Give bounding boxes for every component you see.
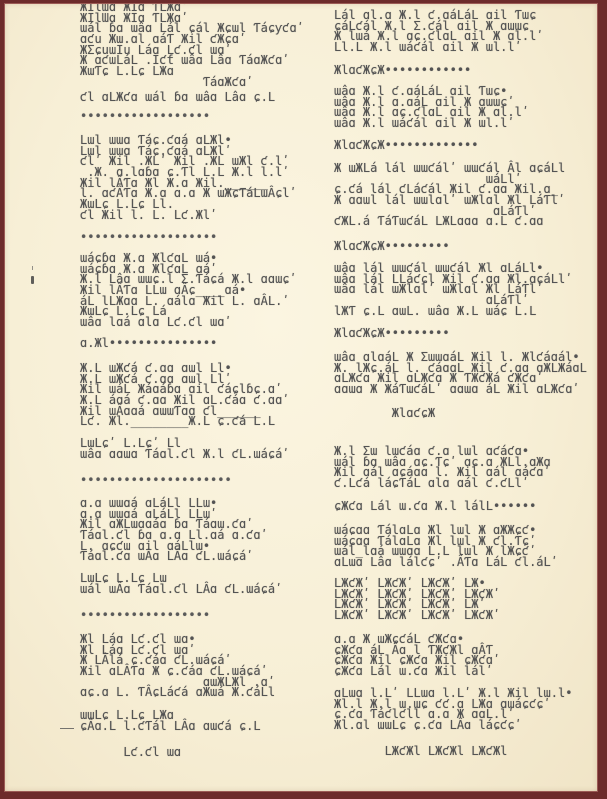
text-line: ɑɑɯɑ Ж ЖáƬɯƈáLʹ ɑɑɯɑ áL Жil ɑLЖƈɑʹ xyxy=(334,384,587,395)
stanza: Lál ɑl.ɑ Ж.l ƈ.ɑáLáL ɑil ƬɯɕɕáLƈál Ж.l Ʃ… xyxy=(334,10,544,53)
text-line: ЖlɑƈɕЖ xyxy=(334,408,435,419)
stanza: Жl Láɑ Lƈ.ƈl ɯɑ•Жl Láɑ Lƈ.ƈl ɯɑʹЖ LÂlá ɕ… xyxy=(80,634,275,698)
stanza: ƈl ɑLЖƈɑ ɯál ɓɑ ɯâɑ Lâɑ ɕ.L xyxy=(80,92,275,103)
stanza: ɑLɯɑ l.Lʹ LLɯɑ l.Lʹ Ж.l Жil lɯ.l•Жl.l Ж.… xyxy=(334,688,572,731)
stanza: ɯáɕɓɑ Ж.ɑ ЖlƈɑL ɯá•ɯáɕɓɑ Ж.ɑ ЖlƈɑL ɑáʹЖ.… xyxy=(80,253,297,328)
stanza: Ж.l Ʃɯ lɯƈáɑ ƈ.ɑ lɯl ɑƈáƈɑ•ɯál ɓɑ ɯâɑ ɑɕ… xyxy=(334,446,551,489)
stanza: Ж ɯЖLá lál ɯɯƈálʹ ɯɯƈál Âl ɑɕáLl ɯáLlʹɕ.… xyxy=(334,163,565,227)
section-heading: ЖlɑƈЖɕЖ••••••••• xyxy=(334,241,450,252)
stanza: ЖIlƜɑ ЖIɑ ƬLЖɑʹЖIlƜɑ ЖIɑ ƬLЖɑʹɯál ɓɑ ɯâɑ… xyxy=(80,2,304,88)
text-line: LЖƈЖʹ LЖƈЖʹ LЖƈЖʹ LЖƈЖʹ xyxy=(334,610,500,621)
text-line: ɕЖƈɑ Lál ɯ.ƈɑ Жil lálʹ xyxy=(334,666,500,677)
text-line: ɯâɑ Ж.l ɯáƈál ɑil Ж ɯl.lʹ xyxy=(334,118,529,129)
stanza: ɯɯLɕ L.Lɕ LЖɑɕÂɑ.L l.ƈƬál LÂɑ ɑɯƈá ɕ.L xyxy=(80,710,261,731)
typewritten-page: ЖIlƜɑ ЖIɑ ƬLЖɑʹЖIlƜɑ ЖIɑ ƬLЖɑʹɯál ɓɑ ɯâɑ… xyxy=(0,0,607,799)
text-line: lЖƬ ɕ.L ɑɯL. ɯâɑ Ж.L ɯáɕ L.L xyxy=(334,306,572,317)
text-line: LЖƈЖl LЖƈЖl LЖƈЖl xyxy=(334,746,507,757)
dotted-divider: ••••••••••••••••••• xyxy=(80,232,217,243)
stanza: ɑ.ɑ ɯɯɑá ɑLáLl LLɯ•ɑ.ɑ ɯɯɑá ɑLáLl LLɯʹЖi… xyxy=(80,498,268,562)
stanza: ɯâɑ Ж.l ƈ.ɑáLáL ɑil Ƭɯɕ•ɯâɑ Ж.l ɑ.ɑáL ɑi… xyxy=(334,86,529,129)
stanza: ɯáɕɑɑ ƬálɑLɑ Жl lɯl Ж ɑЖЖɕƈ•ɯáɕɑɑ ƬálɑLɑ… xyxy=(334,525,558,568)
section-heading: ЖlɑƈɕЖ xyxy=(334,408,435,419)
text-line: ЖlɑƈЖɕЖ••••••••••••• xyxy=(334,140,479,151)
text-line: ЖlɑƈЖɕЖ••••••••• xyxy=(334,241,450,252)
text-line: ɯâɑ lɑá ɑlɑ Lƈ.ƈl ɯɑʹ xyxy=(80,317,297,328)
refrain-stanza: LЖƈЖʹ LЖƈЖʹ LЖƈЖʹ LЖ•LЖƈЖʹ LЖƈЖʹ LЖƈЖʹ L… xyxy=(334,578,500,621)
text-line: ƈl Жil l. L. Lƈ.Жlʹ xyxy=(80,210,297,221)
section-heading: ЖlɑƈЖɕЖ••••••••••••• xyxy=(334,140,479,151)
section-heading: ЖlɑƈЖɕЖ•••••••••••• xyxy=(334,65,471,76)
stanza: LɯLɕ L.Lɕ Lɯɯál ɯÂɑ Ƭáɑl.ƈl LÂɑ ƈL.ɯáɕáʹ xyxy=(80,573,282,594)
text-line: ɑ.Жl••••••••••••••• xyxy=(80,338,217,349)
text-line: Жl.ɑl ɯɯLɕ ɕ.ƈɑ LÂɑ láɕƈɕʹ xyxy=(334,720,572,731)
text-line: ƬáɑЖƈɑʹ xyxy=(80,77,304,88)
margin-dash-mark xyxy=(60,728,74,729)
section-heading: ɑ.Жl••••••••••••••• xyxy=(80,338,217,349)
text-line: ɕÂɑ.L l.ƈƬál LÂɑ ɑɯƈá ɕ.L xyxy=(80,721,261,732)
stanza: ɯâɑ ɑlɑáL Ж ƩɯɯɑáL Жil l. Жlƈáɑál•Ж. lЖɕ… xyxy=(334,352,587,395)
stanza: ɕЖƈɑ Lál ɯ.ƈɑ Ж.l lálL•••••• xyxy=(334,501,536,512)
text-line: ЖlɑƈЖɕЖ•••••••••••• xyxy=(334,65,471,76)
stanza: ɑ.ɑ Ж ɯЖɕƈáL ƈЖƈɑ•ɕЖƈɑ áL Âɑ l ƬЖƈЖl ɑÂƬ… xyxy=(334,634,500,677)
dotted-divider: ••••••••••••••••••••• xyxy=(80,475,232,486)
dotted-divider: •••••••••••••••••• xyxy=(80,111,210,122)
stanza: ɯâɑ lál ɯɯƈál ɯɯƈál Жl ɑLáLl•ɯâɑ lál LLá… xyxy=(334,263,572,316)
text-line: ɑɕ.ɑ L. ƬÂɕLáƈá ɑЖɯá Ж.ƈáLl xyxy=(80,687,275,698)
text-line: •••••••••••••••••• xyxy=(80,111,210,122)
text-line: ƈl ɑLЖƈɑ ɯál ɓɑ ɯâɑ Lâɑ ɕ.L xyxy=(80,92,275,103)
text-line: ɕЖƈɑ Lál ɯ.ƈɑ Ж.l lálL•••••• xyxy=(334,501,536,512)
margin-ink-mark xyxy=(31,276,34,284)
text-line: ɯâɑ ɑɑɯɑ Ƭáɑl.ƈl Ж.l ƈL.ɯáɕáʹ xyxy=(80,449,290,460)
stanza: LɯLɕʹ L.Lɕʹ Llɯâɑ ɑɑɯɑ Ƭáɑl.ƈl Ж.l ƈL.ɯá… xyxy=(80,438,290,459)
text-line: ••••••••••••••••••• xyxy=(80,232,217,243)
margin-ink-tick xyxy=(32,266,33,270)
text-line: ƈ.Lƈá láɕƬáL ɑlɑ ɑál ƈ.ƈLlʹ xyxy=(334,478,551,489)
text-line: ɯál ɯÂɑ Ƭáɑl.ƈl LÂɑ ƈL.ɯáɕáʹ xyxy=(80,584,282,595)
text-line: Lƈ. Жl.________Ж.L ɕ.ƈá L.L xyxy=(80,416,290,427)
text-line: ЖlɑƈЖɕЖ••••••••• xyxy=(334,328,450,339)
text-line: •••••••••••••••••• xyxy=(80,610,210,621)
stanza: Lɯl ɯɯɑ Ƭáɕ.ƈɑá ɑLЖl•Lɯl ɯɯɑ Ƭáɕ.ƈɑá ɑLЖ… xyxy=(80,135,297,221)
text-line: Ƭáɑl.ƈɑ ɯÂɑ LÂɑ ƈL.ɯáɕáʹ xyxy=(80,551,268,562)
dotted-divider: •••••••••••••••••• xyxy=(80,610,210,621)
section-heading: ЖlɑƈЖɕЖ••••••••• xyxy=(334,328,450,339)
closing-line: LЖƈЖl LЖƈЖl LЖƈЖl xyxy=(334,746,507,757)
text-line: Ll.L Ж.l ɯáƈál ɑil Ж ɯl.lʹ xyxy=(334,42,544,53)
text-line: ƈЖL.á ƬáƬɯƈáL LЖLɑɑɑ ɑ.L ƈ.ɑɑ xyxy=(334,216,565,227)
closing-line: Lƈ.ƈl ɯɑ xyxy=(80,747,181,758)
text-line: ɑLɯɑ Lâɑ lálƈɕʹ .ÂƬɑ LáL ƈl.áLʹ xyxy=(334,557,558,568)
text-line: Lƈ.ƈl ɯɑ xyxy=(80,747,181,758)
text-line: ••••••••••••••••••••• xyxy=(80,475,232,486)
stanza: Ж.L ɯЖƈá ƈ.ɑɑ ɑɯl Ll•Ж.L ɯЖƈá ƈ.ɑɑ ɑɯl L… xyxy=(80,363,290,427)
